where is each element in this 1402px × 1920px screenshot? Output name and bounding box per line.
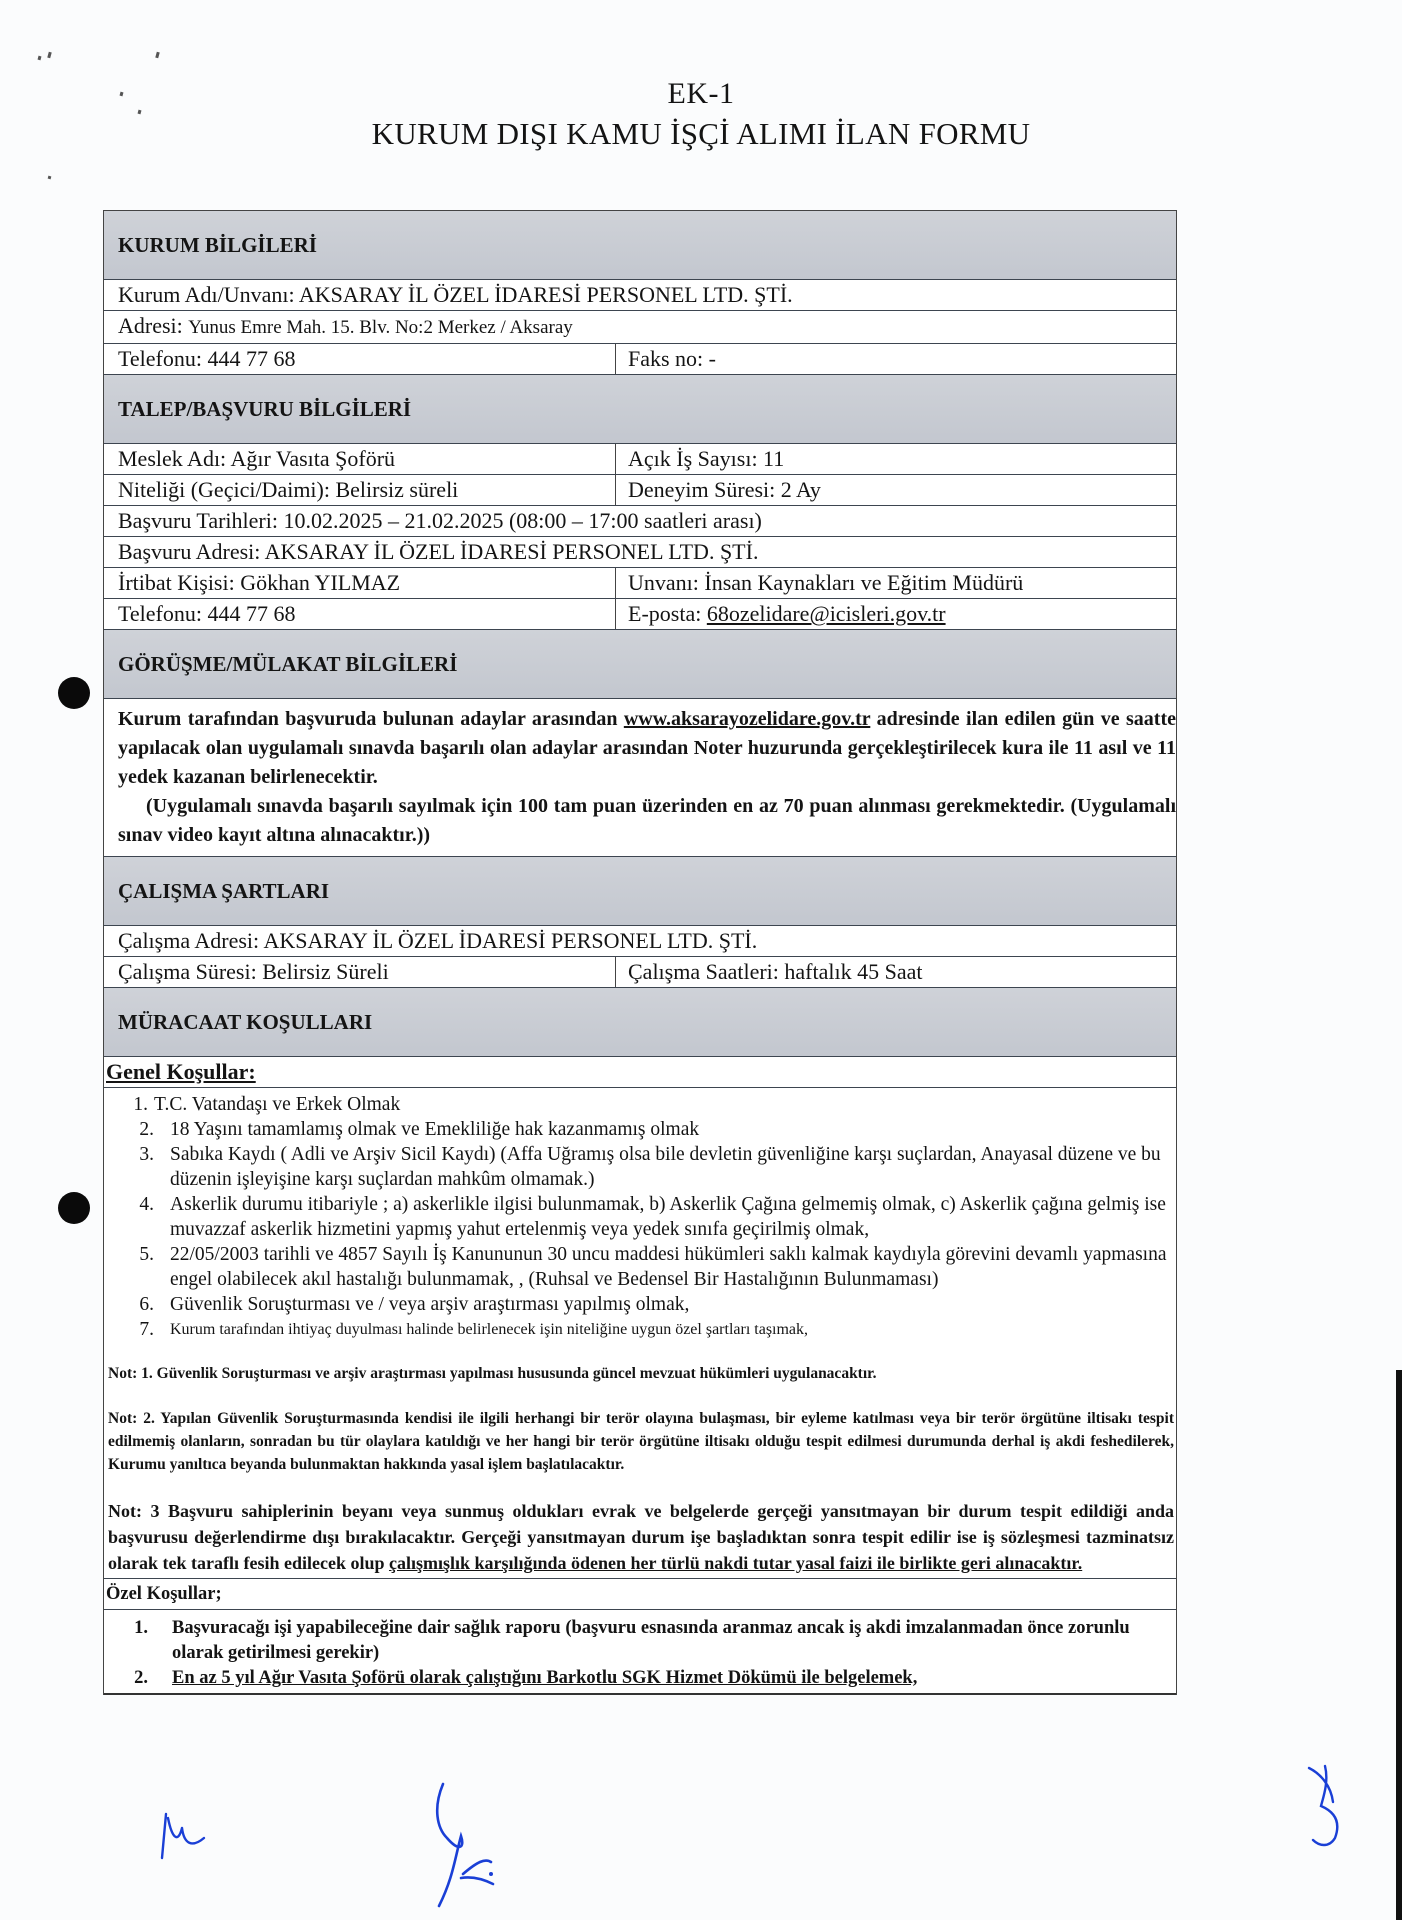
irtibat-telefon: Telefonu: 444 77 68 bbox=[104, 599, 616, 629]
eposta-link[interactable]: 68ozelidare@icisleri.gov.tr bbox=[707, 601, 946, 626]
basvuru-adresi-row: Başvuru Adresi: AKSARAY İL ÖZEL İDARESİ … bbox=[104, 537, 1176, 568]
kurum-faks: Faks no: - bbox=[616, 344, 1176, 374]
item-number: 7. bbox=[104, 1317, 170, 1342]
section-header-calisma: ÇALIŞMA ŞARTLARI bbox=[104, 857, 1176, 926]
item-number: 1. bbox=[104, 1092, 154, 1117]
item-text: Güvenlik Soruşturması ve / veya arşiv ar… bbox=[170, 1292, 1176, 1317]
kurum-adi: Kurum Adı/Unvanı: AKSARAY İL ÖZEL İDARES… bbox=[104, 280, 1176, 310]
item-text: Sabıka Kaydı ( Adli ve Arşiv Sicil Kaydı… bbox=[170, 1142, 1176, 1192]
note-2: Not: 2. Yapılan Güvenlik Soruşturmasında… bbox=[104, 1407, 1176, 1476]
document-title-block: EK-1 KURUM DIŞI KAMU İŞÇİ ALIMI İLAN FOR… bbox=[0, 74, 1402, 154]
genel-kosul-item: 5.22/05/2003 tarihli ve 4857 Sayılı İş K… bbox=[104, 1242, 1176, 1292]
kurum-telefon: Telefonu: 444 77 68 bbox=[104, 344, 616, 374]
adres-value: Yunus Emre Mah. 15. Blv. No:2 Merkez / A… bbox=[188, 317, 573, 338]
scan-speck bbox=[47, 52, 51, 59]
signature-2 bbox=[425, 1778, 535, 1918]
irtibat-kisisi: İrtibat Kişisi: Gökhan YILMAZ bbox=[104, 568, 616, 598]
item-text: En az 5 yıl Ağır Vasıta Şoförü olarak ça… bbox=[172, 1666, 917, 1691]
ozel-kosul-item: 1.Başvuracağı işi yapabileceğine dair sa… bbox=[104, 1616, 1176, 1666]
item-number: 5. bbox=[104, 1242, 170, 1292]
item-text: Askerlik durumu itibariyle ; a) askerlik… bbox=[170, 1192, 1176, 1242]
section-header-muracaat: MÜRACAAT KOŞULLARI bbox=[104, 988, 1176, 1057]
item-number: 1. bbox=[104, 1616, 172, 1666]
item-text: 22/05/2003 tarihli ve 4857 Sayılı İş Kan… bbox=[170, 1242, 1176, 1292]
annex-label: EK-1 bbox=[0, 74, 1402, 114]
item-text: Kurum tarafından ihtiyaç duyulması halin… bbox=[170, 1317, 1176, 1342]
meslek-adi: Meslek Adı: Ağır Vasıta Şoförü bbox=[104, 444, 616, 474]
deneyim-suresi: Deneyim Süresi: 2 Ay bbox=[616, 475, 1176, 505]
calisma-suresi: Çalışma Süresi: Belirsiz Süreli bbox=[104, 957, 616, 987]
punch-hole bbox=[58, 1192, 90, 1224]
section-header-gorusme: GÖRÜŞME/MÜLAKAT BİLGİLERİ bbox=[104, 630, 1176, 699]
irtibat-row: İrtibat Kişisi: Gökhan YILMAZ Unvanı: İn… bbox=[104, 568, 1176, 599]
genel-kosullar-header: Genel Koşullar: bbox=[104, 1057, 1176, 1088]
scan-edge-shadow bbox=[1396, 1370, 1402, 1920]
genel-kosul-item: 6.Güvenlik Soruşturması ve / veya arşiv … bbox=[104, 1292, 1176, 1317]
calisma-saatleri: Çalışma Saatleri: haftalık 45 Saat bbox=[616, 957, 1176, 987]
section-header-talep: TALEP/BAŞVURU BİLGİLERİ bbox=[104, 375, 1176, 444]
scan-speck bbox=[155, 52, 159, 59]
item-number: 2. bbox=[104, 1666, 172, 1691]
gorusme-note: (Uygulamalı sınavda başarılı sayılmak iç… bbox=[118, 792, 1176, 850]
genel-kosullar-body: 1.T.C. Vatandaşı ve Erkek Olmak2.18 Yaşı… bbox=[104, 1088, 1176, 1578]
website-link[interactable]: www.aksarayozelidare.gov.tr bbox=[624, 708, 870, 730]
tarihler-row: Başvuru Tarihleri: 10.02.2025 – 21.02.20… bbox=[104, 506, 1176, 537]
irtibat-unvani: Unvanı: İnsan Kaynakları ve Eğitim Müdür… bbox=[616, 568, 1176, 598]
adres-row: Adresi: Yunus Emre Mah. 15. Blv. No:2 Me… bbox=[104, 311, 1176, 344]
item-text: Başvuracağı işi yapabileceğine dair sağl… bbox=[172, 1616, 1176, 1666]
item-number: 2. bbox=[104, 1117, 170, 1142]
note-1: Not: 1. Güvenlik Soruşturması ve arşiv a… bbox=[104, 1362, 1176, 1385]
basvuru-tarihleri: Başvuru Tarihleri: 10.02.2025 – 21.02.20… bbox=[104, 506, 1176, 536]
genel-kosullar-list: 1.T.C. Vatandaşı ve Erkek Olmak2.18 Yaşı… bbox=[104, 1092, 1176, 1342]
gorusme-body: Kurum tarafından başvuruda bulunan adayl… bbox=[104, 699, 1176, 857]
genel-kosul-item: 7.Kurum tarafından ihtiyaç duyulması hal… bbox=[104, 1317, 1176, 1342]
meslek-row: Meslek Adı: Ağır Vasıta Şoförü Açık İş S… bbox=[104, 444, 1176, 475]
item-number: 3. bbox=[104, 1142, 170, 1192]
nitelik: Niteliği (Geçici/Daimi): Belirsiz süreli bbox=[104, 475, 616, 505]
signature-initials-3 bbox=[1305, 1762, 1355, 1862]
item-text: 18 Yaşını tamamlamış olmak ve Emekliliğe… bbox=[170, 1117, 1176, 1142]
document-title: KURUM DIŞI KAMU İŞÇİ ALIMI İLAN FORMU bbox=[0, 114, 1402, 154]
adres-label: Adresi: bbox=[118, 313, 188, 338]
calisma-sure-row: Çalışma Süresi: Belirsiz Süreli Çalışma … bbox=[104, 957, 1176, 988]
nitelik-row: Niteliği (Geçici/Daimi): Belirsiz süreli… bbox=[104, 475, 1176, 506]
scan-speck bbox=[38, 56, 42, 61]
punch-hole bbox=[58, 677, 90, 709]
calisma-adresi: Çalışma Adresi: AKSARAY İL ÖZEL İDARESİ … bbox=[104, 926, 1176, 956]
genel-kosul-item: 4.Askerlik durumu itibariyle ; a) askerl… bbox=[104, 1192, 1176, 1242]
scan-speck bbox=[48, 176, 52, 180]
genel-kosul-item: 1.T.C. Vatandaşı ve Erkek Olmak bbox=[104, 1092, 1176, 1117]
genel-kosullar-label: Genel Koşullar: bbox=[106, 1059, 256, 1084]
gorusme-text: Kurum tarafından başvuruda bulunan adayl… bbox=[118, 708, 624, 730]
section-header-kurum: KURUM BİLGİLERİ bbox=[104, 211, 1176, 280]
note-3: Not: 3 Başvuru sahiplerinin beyanı veya … bbox=[104, 1498, 1176, 1578]
telefon-faks-row: Telefonu: 444 77 68 Faks no: - bbox=[104, 344, 1176, 375]
genel-kosul-item: 2.18 Yaşını tamamlamış olmak ve Emeklili… bbox=[104, 1117, 1176, 1142]
iletisim-row: Telefonu: 444 77 68 E-posta: 68ozelidare… bbox=[104, 599, 1176, 630]
genel-kosul-item: 3.Sabıka Kaydı ( Adli ve Arşiv Sicil Kay… bbox=[104, 1142, 1176, 1192]
job-posting-form: KURUM BİLGİLERİ Kurum Adı/Unvanı: AKSARA… bbox=[103, 210, 1177, 1695]
ozel-kosullar-body: 1.Başvuracağı işi yapabileceğine dair sa… bbox=[104, 1610, 1176, 1695]
irtibat-eposta: E-posta: 68ozelidare@icisleri.gov.tr bbox=[616, 599, 1176, 629]
kurum-adi-row: Kurum Adı/Unvanı: AKSARAY İL ÖZEL İDARES… bbox=[104, 280, 1176, 311]
item-text: T.C. Vatandaşı ve Erkek Olmak bbox=[154, 1092, 1176, 1117]
item-number: 6. bbox=[104, 1292, 170, 1317]
ozel-kosullar-header: Özel Koşullar; bbox=[104, 1578, 1176, 1610]
ozel-kosul-item: 2.En az 5 yıl Ağır Vasıta Şoförü olarak … bbox=[104, 1666, 1176, 1691]
eposta-label: E-posta: bbox=[628, 601, 707, 626]
ozel-kosullar-list: 1.Başvuracağı işi yapabileceğine dair sa… bbox=[104, 1616, 1176, 1691]
item-number: 4. bbox=[104, 1192, 170, 1242]
kurum-adres: Adresi: Yunus Emre Mah. 15. Blv. No:2 Me… bbox=[104, 311, 1176, 343]
gorusme-paragraph: Kurum tarafından başvuruda bulunan adayl… bbox=[118, 705, 1176, 792]
note-3-underlined: çalışmışlık karşılığında ödenen her türl… bbox=[389, 1553, 1082, 1573]
basvuru-adresi: Başvuru Adresi: AKSARAY İL ÖZEL İDARESİ … bbox=[104, 537, 1176, 567]
acik-is-sayisi: Açık İş Sayısı: 11 bbox=[616, 444, 1176, 474]
calisma-adresi-row: Çalışma Adresi: AKSARAY İL ÖZEL İDARESİ … bbox=[104, 926, 1176, 957]
signature-initials-1 bbox=[158, 1808, 218, 1868]
